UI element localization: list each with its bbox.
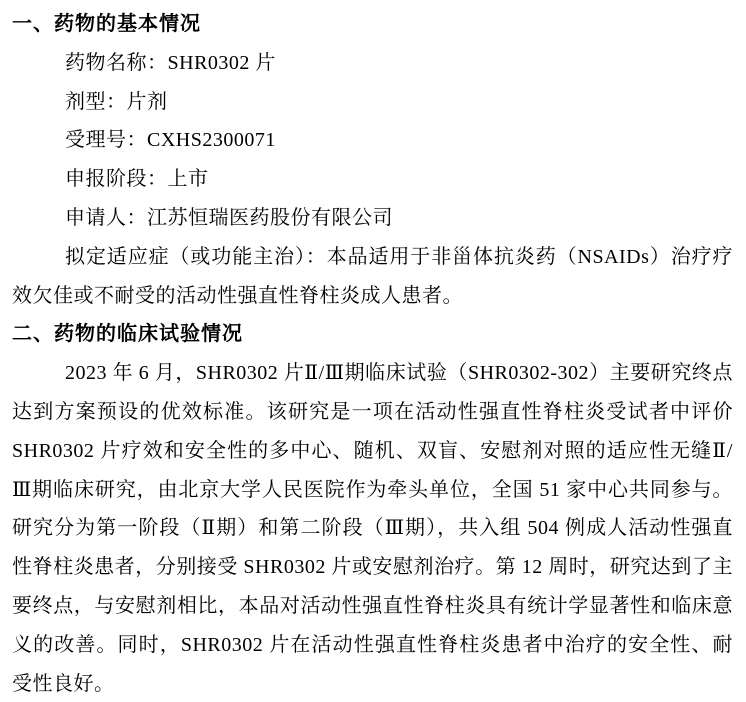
- section-heading-basic-info: 一、药物的基本情况: [12, 5, 733, 44]
- field-proposed-indication: 拟定适应症（或功能主治）：本品适用于非甾体抗炎药（NSAIDs）治疗疗效欠佳或不…: [12, 238, 733, 316]
- field-acceptance-number: 受理号：CXHS2300071: [12, 121, 733, 160]
- field-application-stage: 申报阶段：上市: [12, 160, 733, 199]
- field-acceptance-number-label: 受理号：: [65, 129, 147, 151]
- field-proposed-indication-label: 拟定适应症（或功能主治）：: [65, 246, 327, 268]
- field-application-stage-label: 申报阶段：: [65, 168, 168, 190]
- field-dosage-form-label: 剂型：: [65, 91, 127, 113]
- field-applicant: 申请人：江苏恒瑞医药股份有限公司: [12, 199, 733, 238]
- section-heading-clinical-trials: 二、药物的临床试验情况: [12, 315, 733, 354]
- document-page: 一、药物的基本情况 药物名称：SHR0302 片 剂型：片剂 受理号：CXHS2…: [0, 0, 746, 702]
- field-applicant-label: 申请人：: [65, 207, 147, 229]
- field-dosage-form: 剂型：片剂: [12, 83, 733, 122]
- field-dosage-form-value: 片剂: [127, 91, 168, 113]
- field-application-stage-value: 上市: [168, 168, 209, 190]
- field-acceptance-number-value: CXHS2300071: [147, 129, 276, 151]
- field-drug-name-value: SHR0302 片: [168, 52, 276, 74]
- field-applicant-value: 江苏恒瑞医药股份有限公司: [147, 207, 393, 229]
- clinical-trial-paragraph: 2023 年 6 月，SHR0302 片Ⅱ/Ⅲ期临床试验（SHR0302-302…: [12, 354, 733, 702]
- field-drug-name-label: 药物名称：: [65, 52, 168, 74]
- field-drug-name: 药物名称：SHR0302 片: [12, 44, 733, 83]
